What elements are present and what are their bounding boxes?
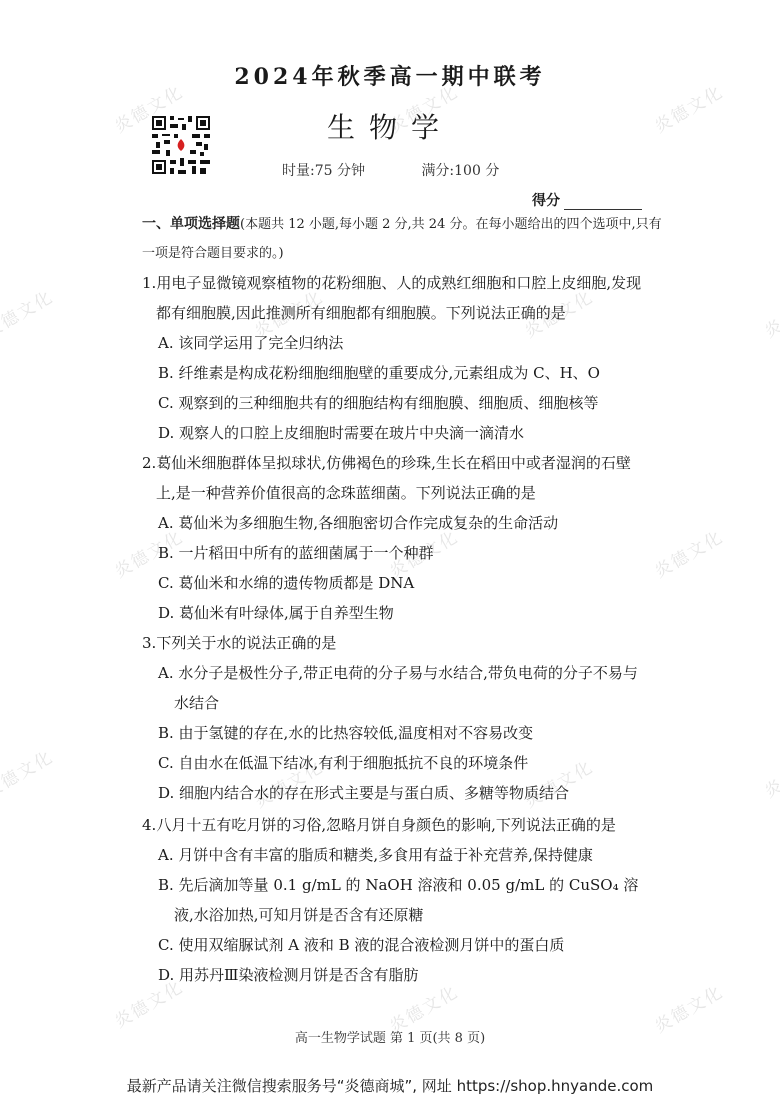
section-title: 一、单项选择题 [142,216,240,232]
exam-title: 2024年秋季高一期中联考 [0,60,780,91]
option-b: B. 由于氢键的存在,水的比热容较低,温度相对不容易改变 [142,718,642,748]
question-1: 1.用电子显微镜观察植物的花粉细胞、人的成熟红细胞和口腔上皮细胞,发现都有细胞膜… [142,268,642,448]
time-limit: 时量:75 分钟 [282,163,365,179]
question-stem: 1.用电子显微镜观察植物的花粉细胞、人的成熟红细胞和口腔上皮细胞,发现都有细胞膜… [142,268,642,328]
question-stem: 2.葛仙米细胞群体呈拟球状,仿佛褐色的珍珠,生长在稻田中或者湿润的石壁上,是一种… [142,448,642,508]
option-b: B. 一片稻田中所有的蓝细菌属于一个种群 [142,538,642,568]
option-c: C. 自由水在低温下结冰,有利于细胞抵抗不良的环境条件 [142,748,642,778]
subject-title: 生物学 [0,106,780,146]
full-score: 满分:100 分 [421,163,499,179]
option-c: C. 使用双缩脲试剂 A 液和 B 液的混合液检测月饼中的蛋白质 [142,930,642,960]
question-2: 2.葛仙米细胞群体呈拟球状,仿佛褐色的珍珠,生长在稻田中或者湿润的石壁上,是一种… [142,448,642,628]
option-a: A. 该同学运用了完全归纳法 [142,328,642,358]
exam-page: 炎德文化 炎德文化 炎德文化 炎德文化 炎德文化 炎德文化 炎德文化 炎德文化 … [0,0,780,1104]
option-c: C. 观察到的三种细胞共有的细胞结构有细胞膜、细胞质、细胞核等 [142,388,642,418]
option-b: B. 先后滴加等量 0.1 g/mL 的 NaOH 溶液和 0.05 g/mL … [142,870,642,930]
score-label: 得分 [532,193,560,209]
option-d: D. 葛仙米有叶绿体,属于自养型生物 [142,598,642,628]
option-d: D. 观察人的口腔上皮细胞时需要在玻片中央滴一滴清水 [142,418,642,448]
promo-banner: 最新产品请关注微信搜索服务号“炎德商城”, 网址 https://shop.hn… [0,1075,780,1096]
option-d: D. 细胞内结合水的存在形式主要是与蛋白质、多糖等物质结合 [142,778,642,808]
option-a: A. 水分子是极性分子,带正电荷的分子易与水结合,带负电荷的分子不易与水结合 [142,658,642,718]
option-b: B. 纤维素是构成花粉细胞细胞壁的重要成分,元素组成为 C、H、O [142,358,642,388]
question-3: 3.下列关于水的说法正确的是 A. 水分子是极性分子,带正电荷的分子易与水结合,… [142,628,642,808]
question-stem: 4.八月十五有吃月饼的习俗,忽略月饼自身颜色的影响,下列说法正确的是 [142,810,642,840]
score-field: 得分 [532,190,642,210]
option-a: A. 月饼中含有丰富的脂质和糖类,多食用有益于补充营养,保持健康 [142,840,642,870]
option-a: A. 葛仙米为多细胞生物,各细胞密切合作完成复杂的生命活动 [142,508,642,538]
score-blank [564,195,642,210]
question-stem: 3.下列关于水的说法正确的是 [142,628,642,658]
exam-meta: 时量:75 分钟 满分:100 分 [282,160,551,180]
option-c: C. 葛仙米和水绵的遗传物质都是 DNA [142,568,642,598]
section-header: 一、单项选择题(本题共 12 小题,每小题 2 分,共 24 分。在每小题给出的… [142,210,662,268]
question-4: 4.八月十五有吃月饼的习俗,忽略月饼自身颜色的影响,下列说法正确的是 A. 月饼… [142,810,642,990]
option-d: D. 用苏丹Ⅲ染液检测月饼是否含有脂肪 [142,960,642,990]
page-footer: 高一生物学试题 第 1 页(共 8 页) [0,1027,780,1046]
